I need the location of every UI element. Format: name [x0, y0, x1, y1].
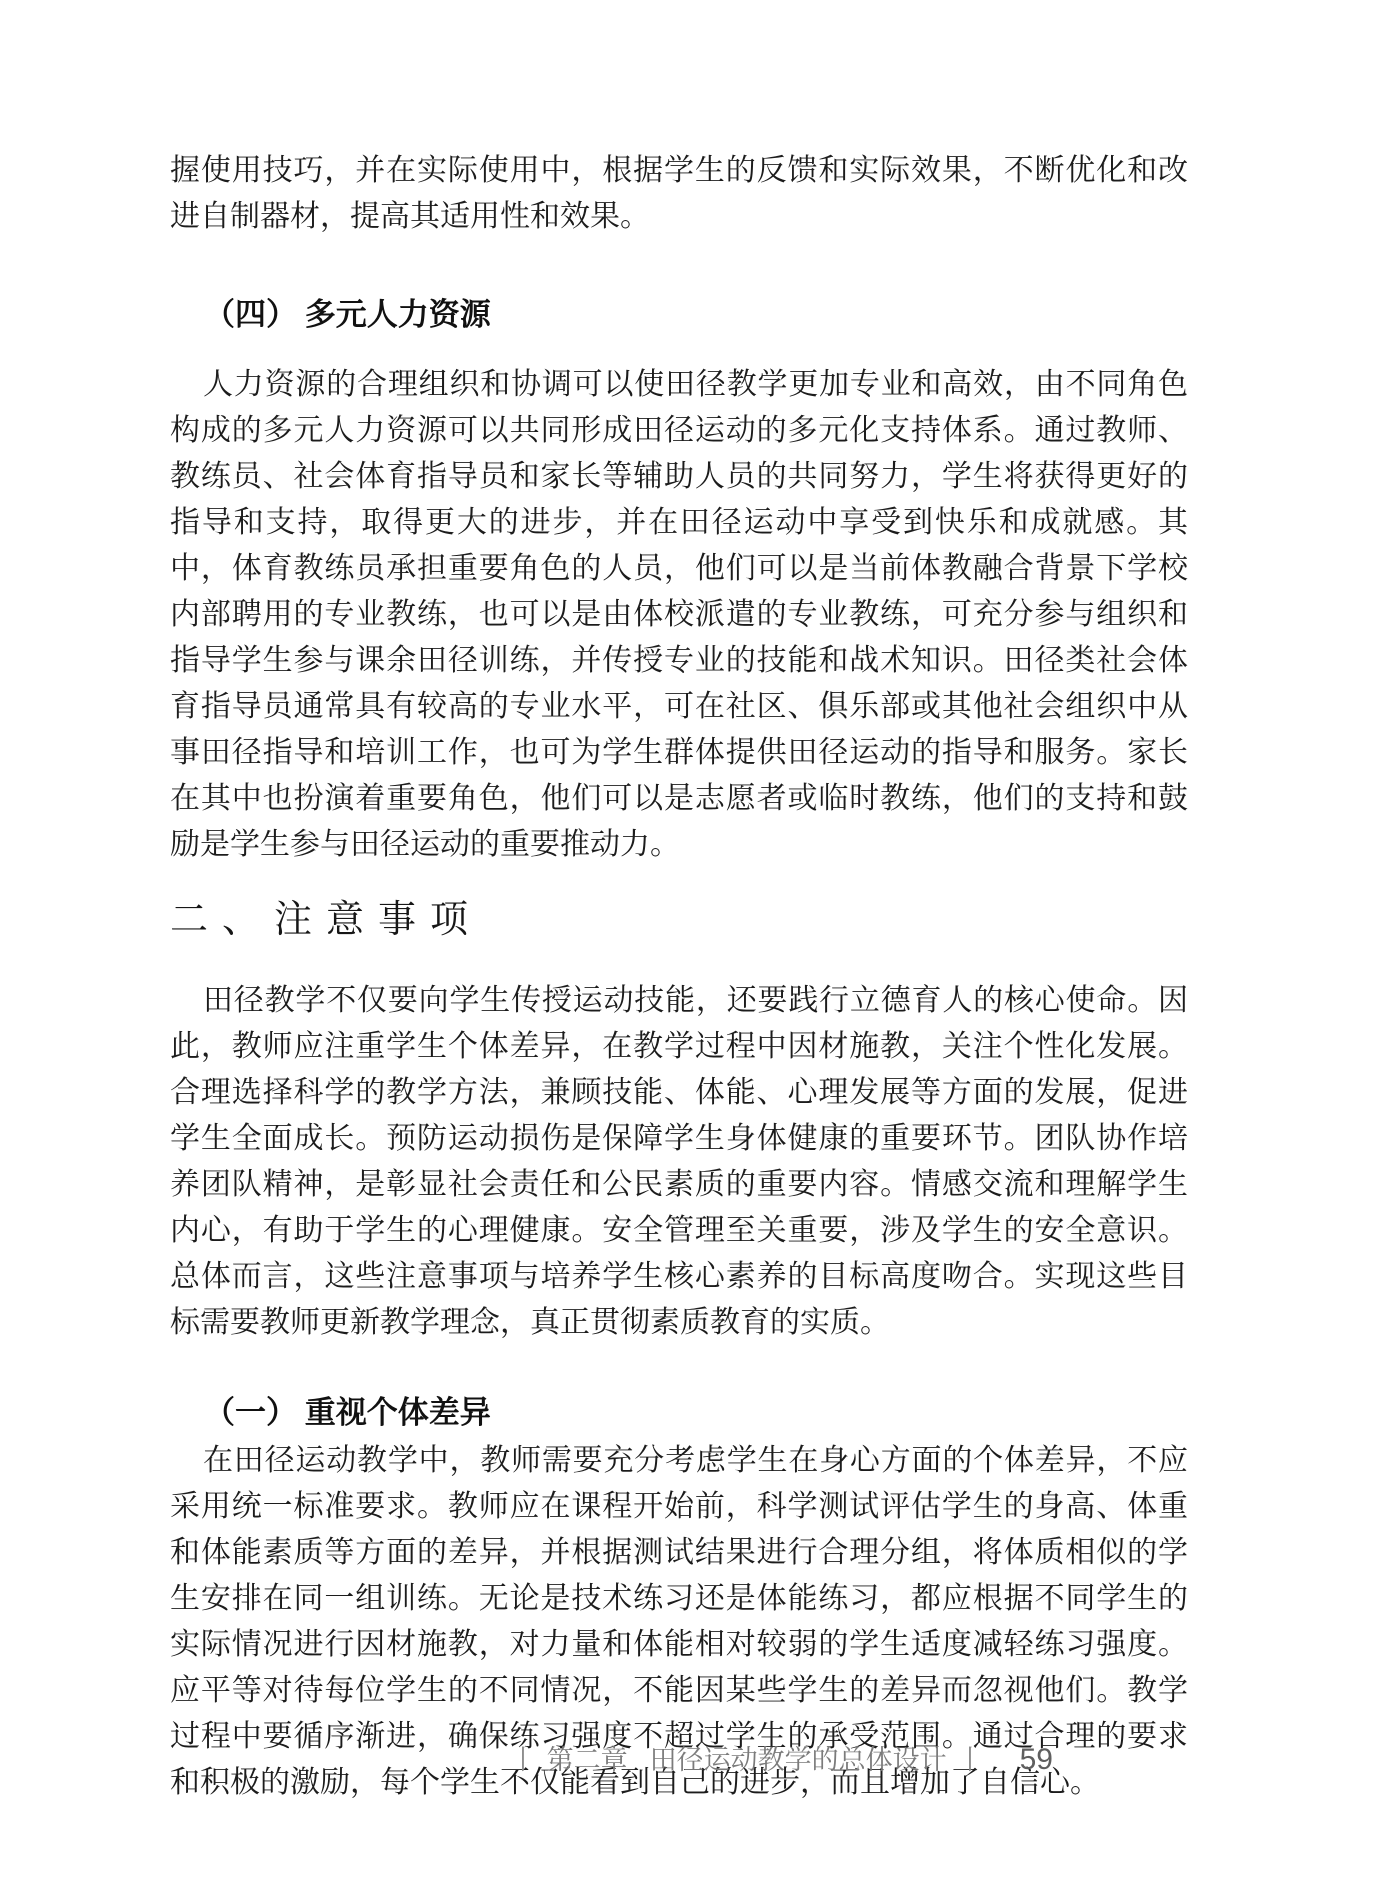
- section-two-intro: 田径教学不仅要向学生传授运动技能，还要践行立德育人的核心使命。因此，教师应注重学…: [170, 978, 1188, 1346]
- continuation-paragraph: 握使用技巧，并在实际使用中，根据学生的反馈和实际效果，不断优化和改进自制器材，提…: [170, 148, 1188, 240]
- section-heading-main: 二、注意事项: [170, 892, 1188, 948]
- page-content: 握使用技巧，并在实际使用中，根据学生的反馈和实际效果，不断优化和改进自制器材，提…: [170, 148, 1188, 1806]
- section-four-body: 人力资源的合理组织和协调可以使田径教学更加专业和高效，由不同角色构成的多元人力资…: [170, 362, 1188, 868]
- section-heading-one: （一） 重视个体差异: [170, 1390, 1188, 1436]
- footer-left-bar: 丨: [500, 1745, 547, 1775]
- section-heading-four: （四） 多元人力资源: [170, 292, 1188, 338]
- footer-chapter-title: 田径运动教学的总体设计: [650, 1745, 947, 1775]
- book-page: 握使用技巧，并在实际使用中，根据学生的反馈和实际效果，不断优化和改进自制器材，提…: [0, 0, 1374, 1891]
- page-footer: 丨第二章田径运动教学的总体设计丨59: [170, 1742, 1053, 1778]
- footer-chapter-label: 第二章: [547, 1745, 628, 1775]
- footer-page-number: 59: [1020, 1743, 1053, 1776]
- footer-right-bar: 丨: [947, 1745, 994, 1775]
